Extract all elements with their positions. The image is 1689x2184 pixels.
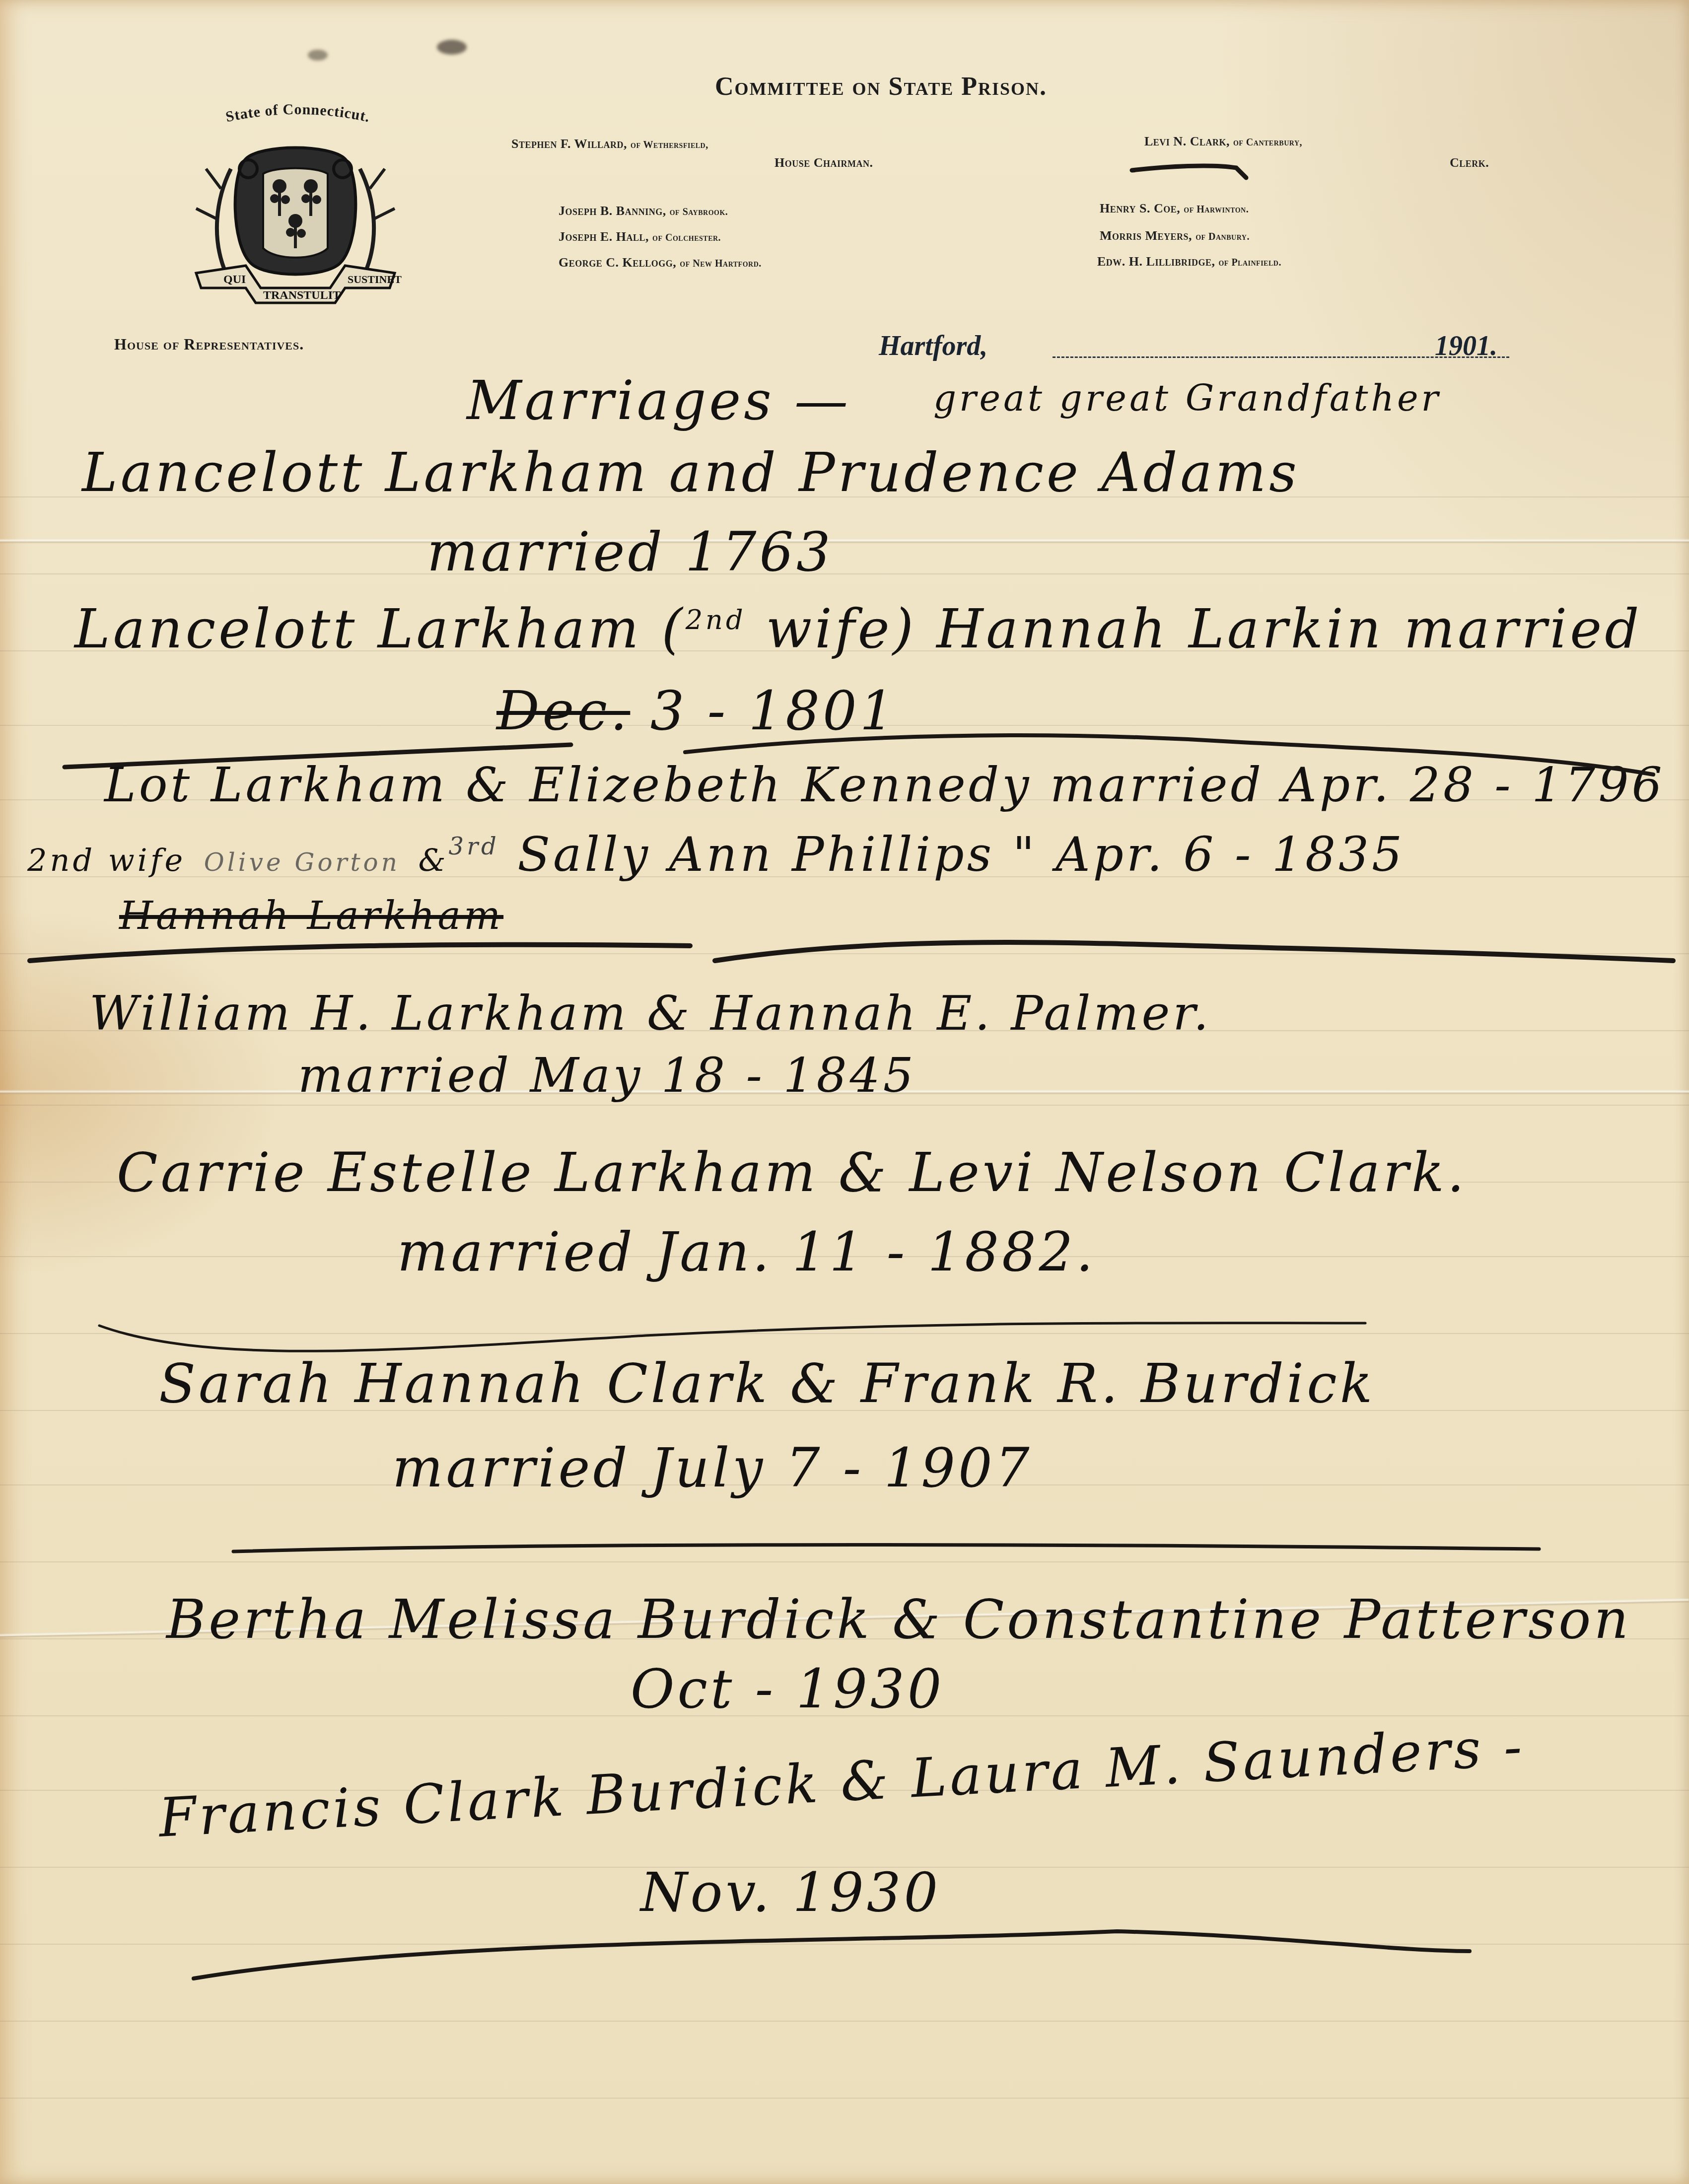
entry-4-date: married May 18 - 1845 bbox=[298, 1048, 916, 1103]
heading-marriages: Marriages — bbox=[467, 370, 851, 432]
year-label: 1901. bbox=[1435, 330, 1497, 362]
member-meyers: Morris Meyers, of Danbury. bbox=[1100, 228, 1250, 243]
ruled-line bbox=[0, 1561, 1689, 1562]
member-role-house-chairman: House Chairman. bbox=[774, 155, 873, 170]
entry-8-date: Nov. 1930 bbox=[640, 1862, 941, 1924]
entry-4-names: William H. Larkham & Hannah E. Palmer. bbox=[89, 986, 1211, 1041]
svg-text:State of Connecticut.: State of Connecticut. bbox=[224, 101, 372, 126]
member-banning: Joseph B. Banning, of Saybrook. bbox=[559, 204, 728, 218]
ruled-line bbox=[0, 1105, 1689, 1106]
heading-great-great-grandfather: great great Grandfather bbox=[933, 377, 1441, 419]
member-kellogg: George C. Kellogg, of New Hartford. bbox=[559, 255, 762, 270]
ruled-line bbox=[0, 1333, 1689, 1334]
svg-text:SUSTINET: SUSTINET bbox=[348, 273, 402, 285]
member-clark: Levi N. Clark, of Canterbury, bbox=[1144, 134, 1302, 149]
ruled-line bbox=[0, 573, 1689, 574]
member-lillibridge: Edw. H. Lillibridge, of Plainfield. bbox=[1097, 254, 1281, 269]
entry-1-names: Lancelott Larkham and Prudence Adams bbox=[82, 442, 1300, 504]
ruled-line bbox=[0, 953, 1689, 954]
fold-crease bbox=[0, 539, 1689, 544]
pencil-olive-gorton: Olive Gorton bbox=[204, 848, 400, 877]
member-hall: Joseph E. Hall, of Colchester. bbox=[559, 229, 721, 244]
committee-title: Committee on State Prison. bbox=[715, 72, 1047, 101]
member-role-clerk: Clerk. bbox=[1450, 155, 1489, 170]
connecticut-seal-icon: QUI TRANSTULIT SUSTINET bbox=[176, 139, 415, 308]
entry-2-date: Dec. 3 - 1801 bbox=[496, 680, 897, 742]
entry-6-date: married July 7 - 1907 bbox=[392, 1437, 1032, 1499]
ink-stain bbox=[437, 40, 467, 55]
svg-text:TRANSTULIT: TRANSTULIT bbox=[263, 289, 341, 302]
place-label: Hartford, bbox=[879, 330, 987, 362]
struck-hannah-larkham: Hannah Larkham bbox=[119, 894, 503, 938]
entry-3-second-third-wife: 2nd wife Olive Gorton &3rd Sally Ann Phi… bbox=[27, 827, 1405, 882]
svg-text:QUI: QUI bbox=[223, 273, 246, 286]
house-of-representatives: House of Representatives. bbox=[114, 335, 304, 353]
entry-3-names: Lot Larkham & Elizebeth Kennedy married … bbox=[104, 757, 1665, 813]
entry-2-names: Lancelott Larkham (2nd wife) Hannah Lark… bbox=[74, 598, 1642, 660]
ink-stain bbox=[308, 50, 328, 61]
ruled-line bbox=[0, 2021, 1689, 2022]
entry-1-date: married 1763 bbox=[427, 521, 834, 583]
letter-page: State of Connecticut. QUI TRANSTULIT SUS… bbox=[0, 0, 1689, 2184]
member-coe: Henry S. Coe, of Harwinton. bbox=[1100, 201, 1249, 216]
entry-7-names: Bertha Melissa Burdick & Constantine Pat… bbox=[166, 1589, 1631, 1651]
entry-7-date: Oct - 1930 bbox=[631, 1658, 944, 1720]
entry-8-names: Francis Clark Burdick & Laura M. Saunder… bbox=[157, 1716, 1527, 1849]
ruled-line bbox=[0, 2098, 1689, 2099]
entry-5-names: Carrie Estelle Larkham & Levi Nelson Cla… bbox=[117, 1142, 1467, 1204]
member-willard: Stephen F. Willard, of Wethersfield, bbox=[511, 137, 708, 151]
entry-5-date: married Jan. 11 - 1882. bbox=[397, 1221, 1096, 1283]
struck-dec: Dec. bbox=[496, 680, 630, 742]
entry-6-names: Sarah Hannah Clark & Frank R. Burdick bbox=[159, 1353, 1375, 1415]
ruled-line bbox=[0, 1944, 1689, 1945]
